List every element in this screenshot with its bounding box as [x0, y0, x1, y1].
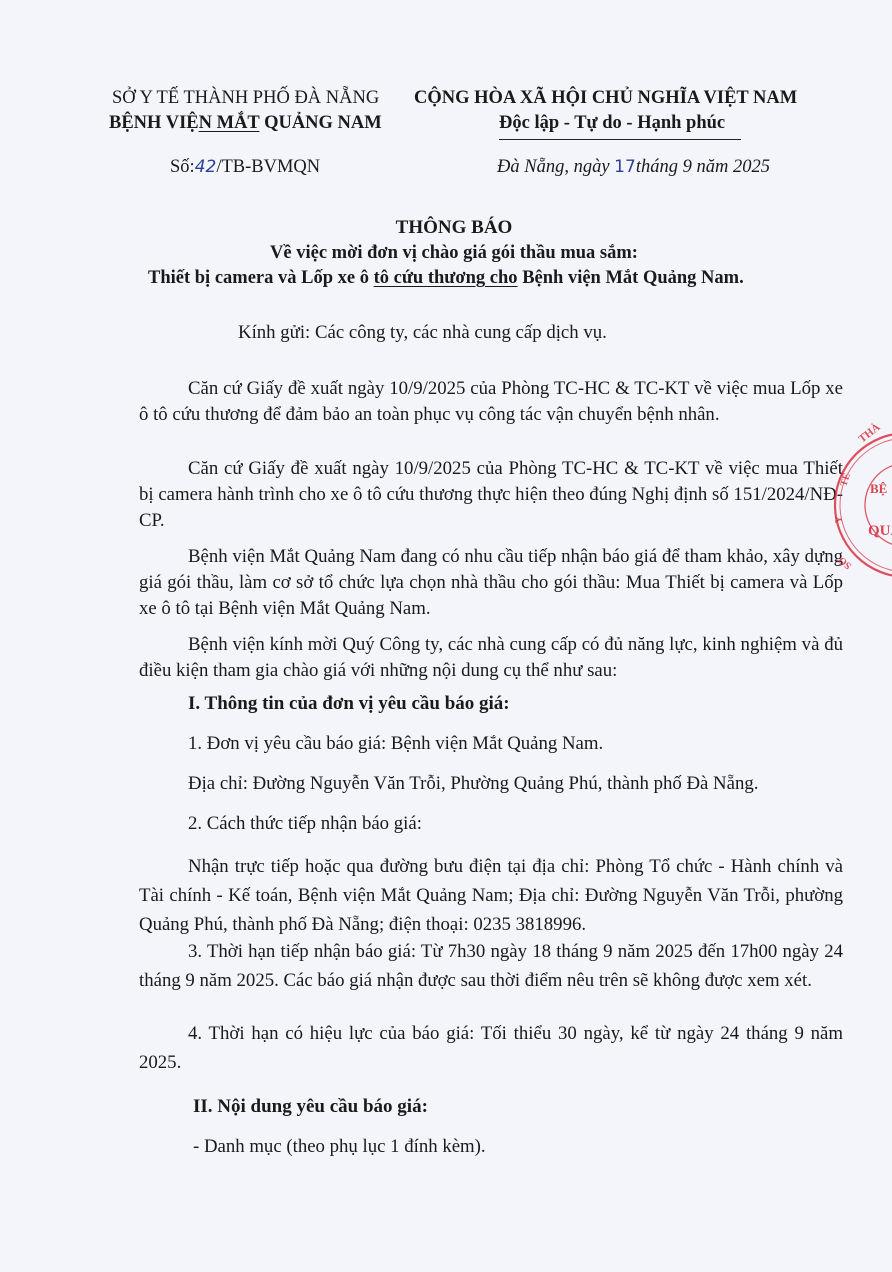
seal-text-line1: BỆ	[870, 481, 887, 496]
document-date: Đà Nẵng, ngày 17tháng 9 năm 2025	[497, 157, 770, 178]
paragraph-basis-1: Căn cứ Giấy đề xuất ngày 10/9/2025 của P…	[139, 376, 843, 428]
national-title: CỘNG HÒA XÃ HỘI CHỦ NGHĨA VIỆT NAM	[414, 88, 797, 109]
date-suffix: tháng 9 năm 2025	[636, 157, 770, 177]
section-1-item-4: 4. Thời hạn có hiệu lực của báo giá: Tối…	[139, 1019, 843, 1077]
hospital-name-part3: QUẢNG NAM	[259, 113, 381, 133]
recipient-line: Kính gửi: Các công ty, các nhà cung cấp …	[238, 320, 607, 346]
hospital-name-underlined: N MẮT	[199, 113, 260, 133]
paragraph-basis-2: Căn cứ Giấy đề xuất ngày 10/9/2025 của P…	[139, 456, 843, 534]
doc-number-prefix: Số:	[170, 157, 195, 177]
section-1-item-3: 3. Thời hạn tiếp nhận báo giá: Từ 7h30 n…	[139, 937, 843, 995]
doc-number-handwritten: 42	[195, 157, 217, 177]
section-2-item-1: - Danh mục (theo phụ lục 1 đính kèm).	[193, 1136, 486, 1158]
subtitle-part1: Thiết bị camera và Lốp xe ô	[148, 268, 374, 288]
document-page: SỞ Y TẾ THÀNH PHỐ ĐÀ NẴNG BỆNH VIỆN MẮT …	[0, 0, 892, 1272]
hospital-name: BỆNH VIỆN MẮT QUẢNG NAM	[109, 113, 382, 134]
document-subtitle-line2: Thiết bị camera và Lốp xe ô tô cứu thươn…	[148, 268, 744, 289]
hospital-name-part1: BỆNH VIỆ	[109, 113, 199, 133]
subtitle-part3: Bệnh viện Mắt Quảng Nam.	[518, 268, 744, 288]
paragraph-need: Bệnh viện Mắt Quảng Nam đang có nhu cầu …	[139, 544, 843, 622]
svg-text:SỞ: SỞ	[836, 554, 854, 572]
section-1-address: Địa chỉ: Đường Nguyễn Văn Trỗi, Phường Q…	[188, 773, 758, 795]
paragraph-invitation: Bệnh viện kính mời Quý Công ty, các nhà …	[139, 632, 843, 684]
doc-number-suffix: /TB-BVMQN	[216, 157, 320, 177]
section-2-heading: II. Nội dung yêu cầu báo giá:	[193, 1096, 428, 1118]
seal-text-line2: QUẢ	[868, 522, 892, 539]
seal-icon: THÀ TẾ Y SỞ BỆ QUẢ	[832, 405, 892, 605]
document-title: THÔNG BÁO	[0, 217, 892, 239]
official-seal: THÀ TẾ Y SỞ BỆ QUẢ	[832, 405, 892, 605]
svg-text:THÀ: THÀ	[856, 421, 882, 445]
document-number: Số:42/TB-BVMQN	[170, 157, 320, 178]
national-motto: Độc lập - Tự do - Hạnh phúc	[499, 113, 725, 134]
section-1-item-2-detail: Nhận trực tiếp hoặc qua đường bưu điện t…	[139, 852, 843, 939]
document-subtitle-line1: Về việc mời đơn vị chào giá gói thầu mua…	[0, 243, 892, 264]
date-day-handwritten: 17	[614, 157, 636, 177]
section-1-item-2: 2. Cách thức tiếp nhận báo giá:	[188, 813, 422, 835]
motto-underline	[499, 139, 741, 140]
section-1-heading: I. Thông tin của đơn vị yêu cầu báo giá:	[188, 693, 510, 715]
subtitle-underlined: tô cứu thương cho	[374, 268, 518, 288]
agency-name: SỞ Y TẾ THÀNH PHỐ ĐÀ NẴNG	[112, 88, 379, 109]
date-prefix: Đà Nẵng, ngày	[497, 157, 614, 177]
section-1-item-1: 1. Đơn vị yêu cầu báo giá: Bệnh viện Mắt…	[188, 733, 603, 755]
